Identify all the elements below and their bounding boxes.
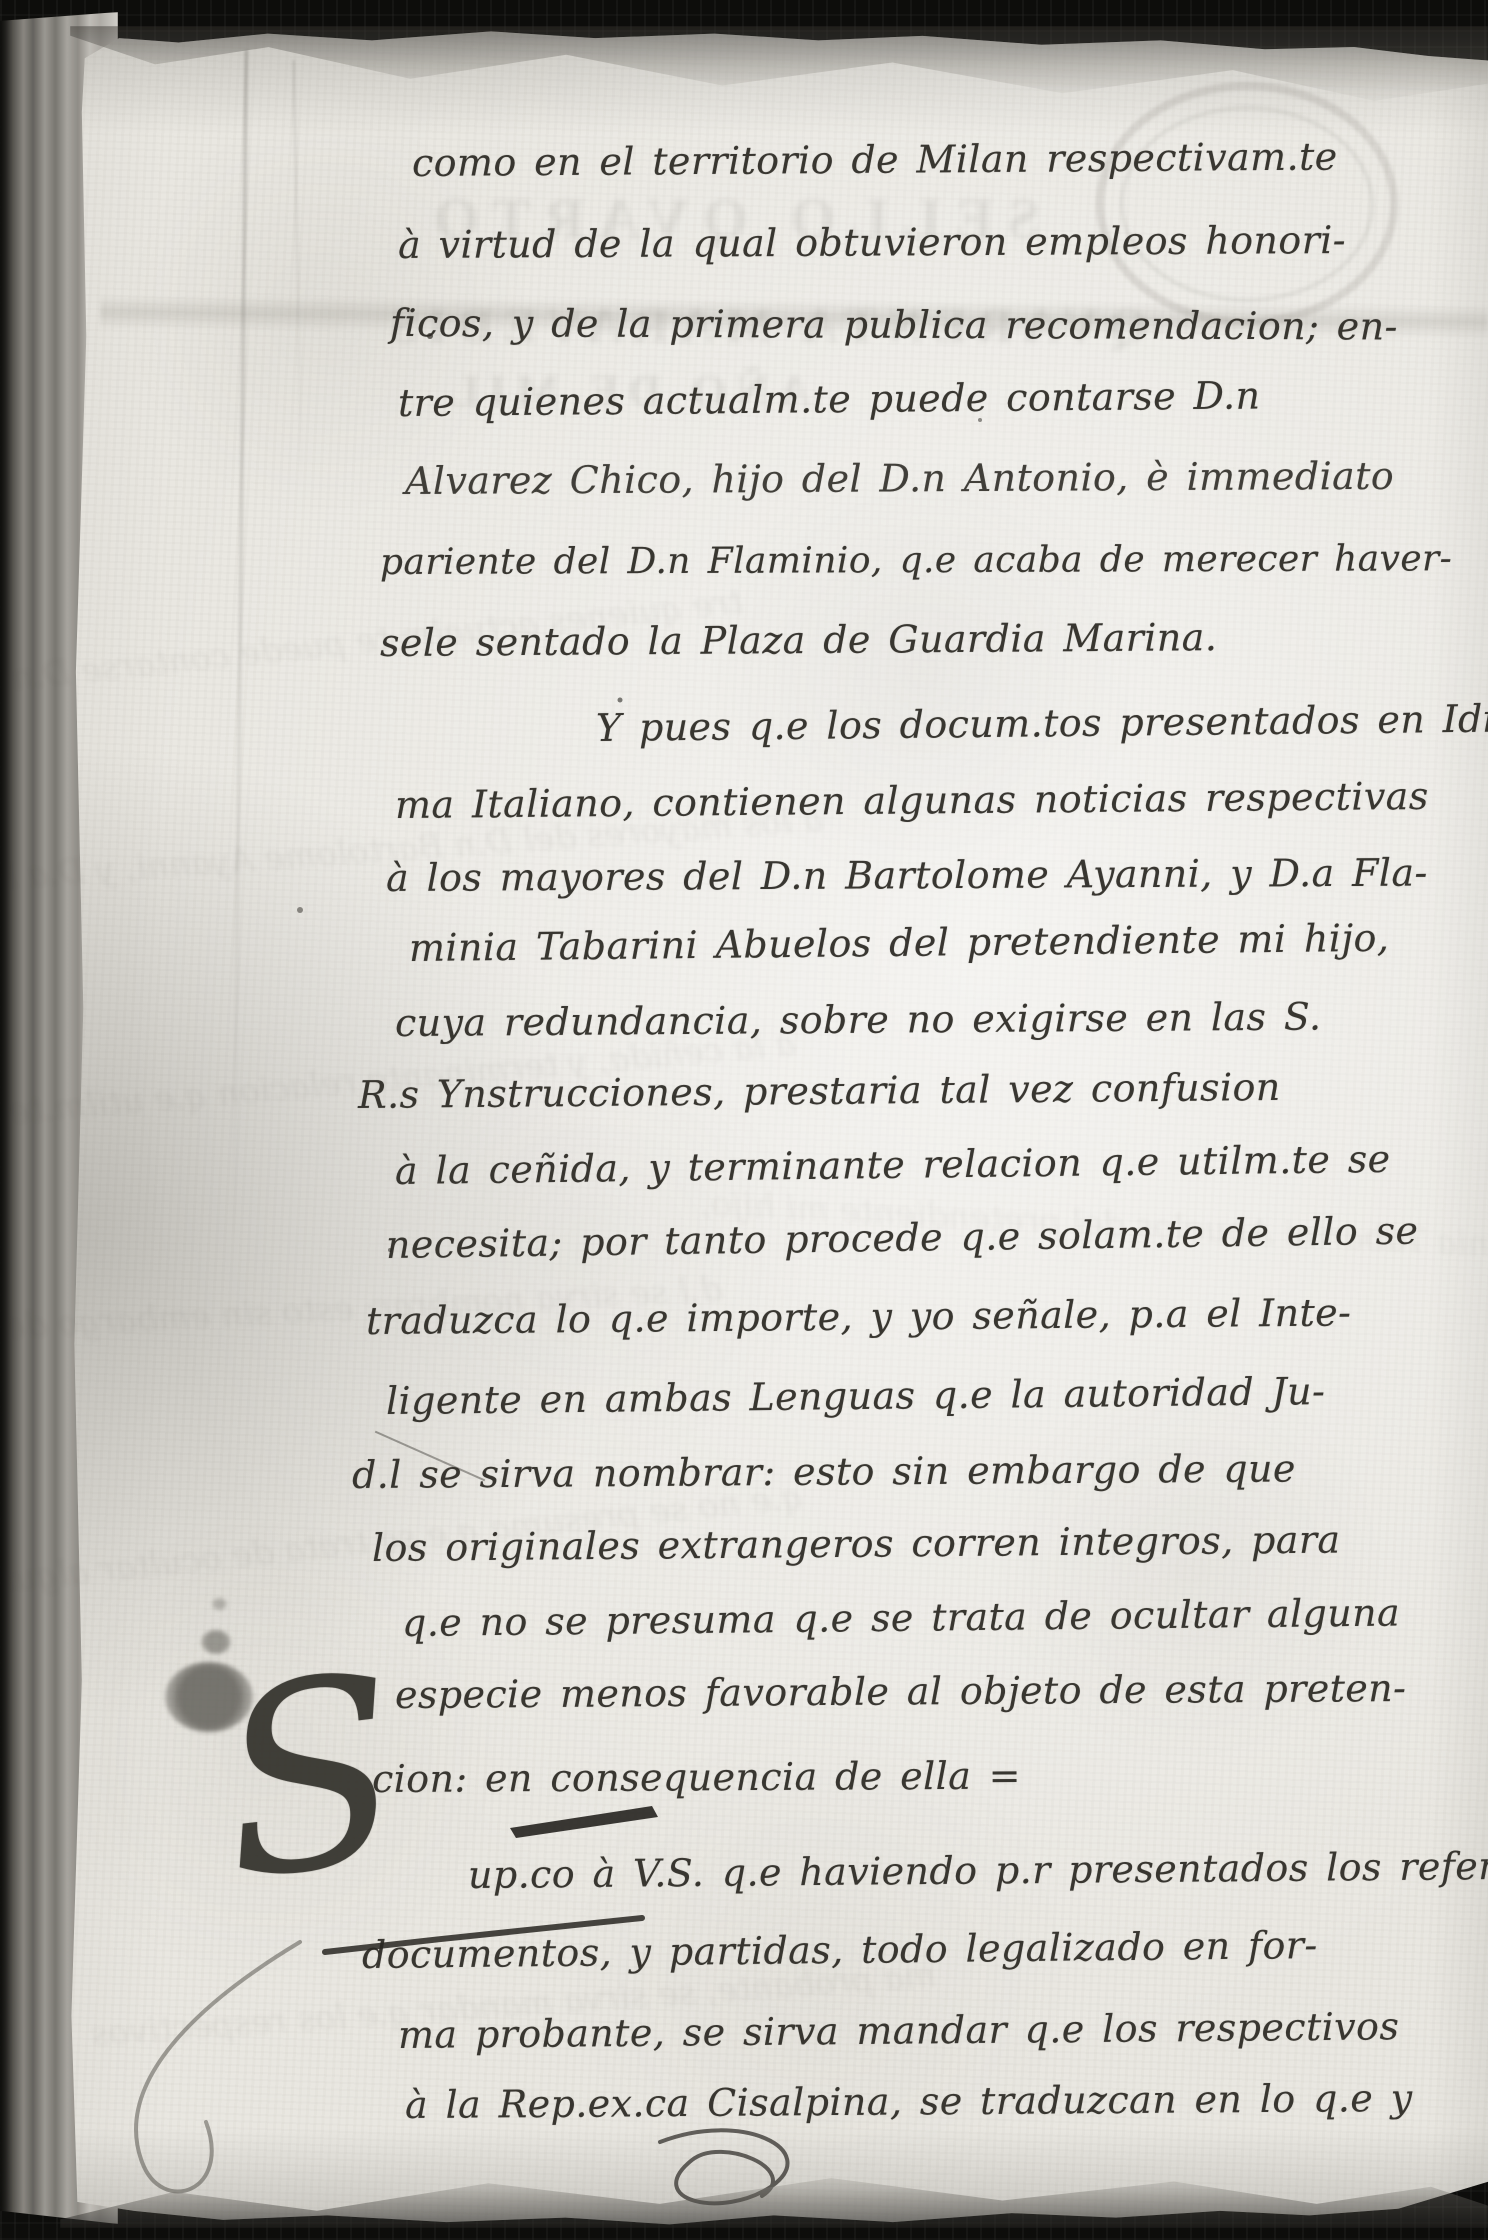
ink-blot-small bbox=[201, 1630, 231, 1654]
text-line: ficos, y de la primera publica recomenda… bbox=[390, 300, 1398, 351]
text-line: up.co à V.S. q.e haviendo p.r presentado… bbox=[468, 1842, 1488, 1899]
text-line: à virtud de la qual obtuvieron empleos h… bbox=[398, 217, 1346, 269]
manuscript-page-scan: SELLO QVARTO QVARENTA MARAVEDIS AÑO DE M… bbox=[0, 0, 1488, 2240]
text-line: Alvarez Chico, hijo del D.n Antonio, è i… bbox=[405, 453, 1394, 506]
text-line: documentos, y partidas, todo legalizado … bbox=[362, 1922, 1318, 1980]
embossed-seal-ring bbox=[1096, 82, 1398, 326]
text-line: tre quienes actualm.te puede contarse D.… bbox=[398, 372, 1261, 427]
text-line: Y pues q.e los docum.tos presentados en … bbox=[596, 695, 1488, 752]
text-line: como en el territorio de Milan respectiv… bbox=[412, 134, 1338, 188]
text-line: à la Rep.ex.ca Cisalpina, se traduzcan e… bbox=[405, 2075, 1413, 2130]
text-line: especie menos favorable al objeto de est… bbox=[395, 1665, 1407, 1720]
ink-blot-large bbox=[165, 1662, 253, 1732]
text-line: ligente en ambas Lenguas q.e la autorida… bbox=[386, 1368, 1326, 1425]
text-line: à los mayores del D.n Bartolome Ayanni, … bbox=[386, 850, 1428, 903]
text-line: d.l se sirva nombrar: esto sin embargo d… bbox=[352, 1445, 1296, 1499]
text-line: los originales extrangeros corren integr… bbox=[372, 1517, 1341, 1573]
text-line: cuya redundancia, sobre no exigirse en l… bbox=[395, 994, 1322, 1048]
text-line: ma Italiano, contienen algunas noticias … bbox=[395, 773, 1429, 830]
text-line: R.s Ynstrucciones, prestaria tal vez con… bbox=[358, 1064, 1281, 1120]
text-line: ma probante, se sirva mandar q.e los res… bbox=[398, 2003, 1400, 2059]
text-line: cion: en consequencia de ella = bbox=[372, 1753, 1021, 1804]
text-line: traduzca lo q.e importe, y yo señale, p.… bbox=[366, 1289, 1352, 1345]
text-line: pariente del D.n Flaminio, q.e acaba de … bbox=[380, 536, 1452, 585]
ink-blot-tiny bbox=[212, 1598, 227, 1610]
text-line: sele sentado la Plaza de Guardia Marina. bbox=[380, 614, 1218, 667]
